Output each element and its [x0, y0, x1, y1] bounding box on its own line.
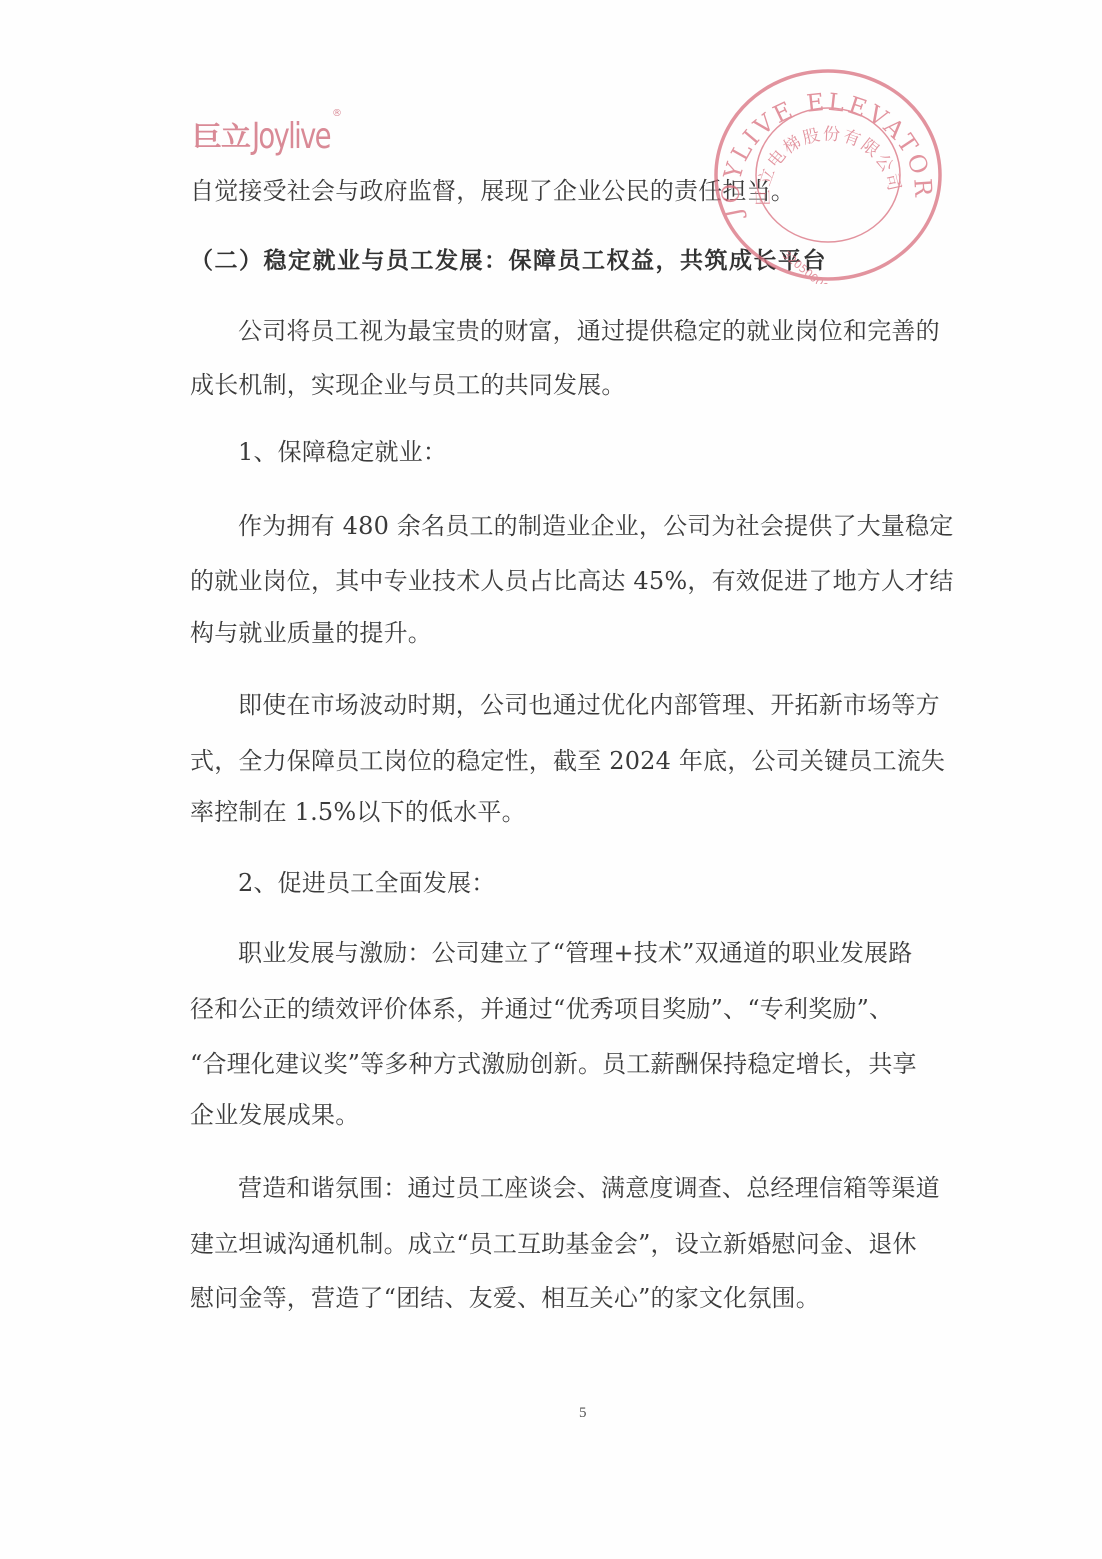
paragraph-line: 作为拥有 480 余名员工的制造业企业，公司为社会提供了大量稳定	[238, 511, 953, 541]
subheading-text: 1、保障稳定就业：	[238, 438, 447, 466]
paragraph-line: 公司将员工视为最宝贵的财富，通过提供稳定的就业岗位和完善的	[238, 316, 940, 346]
registered-mark-icon: ®	[332, 108, 342, 119]
subheading-text: 2、促进员工全面发展：	[238, 869, 495, 897]
seal-inner-ring	[756, 108, 900, 242]
paragraph-line: 即使在市场波动时期，公司也通过优化内部管理、开拓新市场等方	[238, 690, 940, 720]
paragraph-line: 式，全力保障员工岗位的稳定性，截至 2024 年底，公司关键员工流失	[190, 746, 945, 776]
paragraph-line: 成长机制，实现企业与员工的共同发展。	[190, 370, 626, 400]
subsection-heading: 1、保障稳定就业：	[238, 437, 447, 467]
paragraph-line: 建立坦诚沟通机制。成立“员工互助基金会”，设立新婚慰问金、退休	[190, 1229, 917, 1259]
subsection-heading: 2、促进员工全面发展：	[238, 868, 495, 898]
logo-english-text: Joylive	[252, 116, 330, 158]
paragraph-line: “合理化建议奖”等多种方式激励创新。员工薪酬保持稳定增长，共享	[190, 1049, 917, 1079]
logo-chinese-text: 巨立	[192, 120, 250, 156]
paragraph-line: 构与就业质量的提升。	[190, 618, 432, 648]
document-page: 巨立 Joylive ® 自觉接受社会与政府监督，展现了企业公民的责任担当。 （…	[0, 0, 1102, 1559]
heading-text: （二）稳定就业与员工发展：保障员工权益，共筑成长平台	[190, 248, 827, 274]
line-text: 即使在市场波动时期，公司也通过优化内部管理、开拓新市场等方	[238, 691, 940, 719]
line-text: 率控制在 1.5%以下的低水平。	[190, 798, 526, 826]
line-text: “合理化建议奖”等多种方式激励创新。员工薪酬保持稳定增长，共享	[190, 1050, 917, 1078]
line-text: 公司将员工视为最宝贵的财富，通过提供稳定的就业岗位和完善的	[238, 317, 940, 345]
line-text: 径和公正的绩效评价体系，并通过“优秀项目奖励”、“专利奖励”、	[190, 995, 893, 1023]
paragraph-line: 营造和谐氛围：通过员工座谈会、满意度调查、总经理信箱等渠道	[238, 1173, 940, 1203]
line-text: 的就业岗位，其中专业技术人员占比高达 45%，有效促进了地方人才结	[190, 567, 954, 595]
line-text: 成长机制，实现企业与员工的共同发展。	[190, 371, 626, 399]
line-text: 构与就业质量的提升。	[190, 619, 432, 647]
paragraph-line: 慰问金等，营造了“团结、友爱、相互关心”的家文化氛围。	[190, 1283, 820, 1313]
line-text: 式，全力保障员工岗位的稳定性，截至 2024 年底，公司关键员工流失	[190, 747, 945, 775]
text-line: 自觉接受社会与政府监督，展现了企业公民的责任担当。	[190, 176, 795, 206]
line-text: 慰问金等，营造了“团结、友爱、相互关心”的家文化氛围。	[190, 1284, 820, 1312]
line-text: 营造和谐氛围：通过员工座谈会、满意度调查、总经理信箱等渠道	[238, 1174, 940, 1202]
paragraph-line: 径和公正的绩效评价体系，并通过“优秀项目奖励”、“专利奖励”、	[190, 994, 893, 1024]
line-text: 企业发展成果。	[190, 1101, 359, 1129]
line-text: 自觉接受社会与政府监督，展现了企业公民的责任担当。	[190, 177, 795, 205]
paragraph-line: 率控制在 1.5%以下的低水平。	[190, 797, 526, 827]
paragraph-line: 职业发展与激励：公司建立了“管理+技术”双通道的职业发展路	[238, 938, 912, 968]
paragraph-line: 的就业岗位，其中专业技术人员占比高达 45%，有效促进了地方人才结	[190, 566, 954, 596]
line-text: 建立坦诚沟通机制。成立“员工互助基金会”，设立新婚慰问金、退休	[190, 1230, 917, 1258]
paragraph-line: 企业发展成果。	[190, 1100, 359, 1130]
section-heading: （二）稳定就业与员工发展：保障员工权益，共筑成长平台	[190, 246, 827, 276]
line-text: 职业发展与激励：公司建立了“管理+技术”双通道的职业发展路	[238, 939, 912, 967]
company-logo: 巨立 Joylive ®	[192, 110, 344, 158]
line-text: 作为拥有 480 余名员工的制造业企业，公司为社会提供了大量稳定	[238, 512, 953, 540]
page-number: 5	[579, 1405, 587, 1422]
